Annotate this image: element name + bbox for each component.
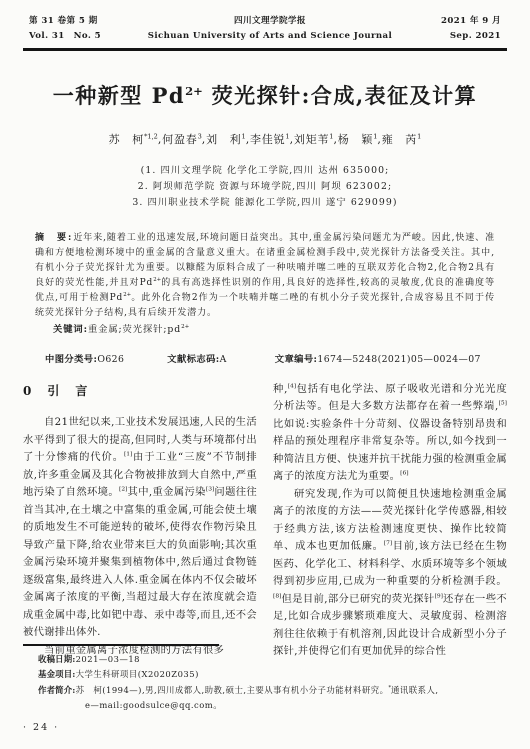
header-rule <box>23 48 507 51</box>
received-label: 收稿日期: <box>38 654 76 664</box>
keywords-text: 重金属;荧光探针;pd2+ <box>88 324 189 335</box>
fund-label: 基金项目: <box>38 669 76 679</box>
journal-name: 四川文理学院学报 Sichuan University of Arts and … <box>148 14 392 44</box>
journal-name-cn: 四川文理学院学报 <box>148 14 392 29</box>
footnote-rule <box>23 644 219 646</box>
doc-code-value: A <box>220 354 227 365</box>
article-number: 文章编号:1674—5248(2021)05—0024—07 <box>275 351 481 365</box>
abstract: 摘 要:近年来,随着工业的迅速发展,环境问题日益突出。其中,重金属污染问题尤为严… <box>35 231 495 321</box>
received-date-line: 收稿日期:2021—03—18 <box>23 652 507 668</box>
affiliation-3: 3. 四川职业技术学院 能源化工学院,四川 遂宁 629099) <box>23 195 507 211</box>
fund-line: 基金项目:大学生科研项目(X2020Z035) <box>23 667 507 683</box>
meta-line: 中图分类号:O626 文献标志码:A 文章编号:1674—5248(2021)0… <box>23 351 507 365</box>
abstract-text: 近年来,随着工业的迅速发展,环境问题日益突出。其中,重金属污染问题尤为严峻。因此… <box>35 233 495 318</box>
body-paragraph: 种,[4]包括有电化学法、原子吸收光谱和分光光度分析法等。但是大多数方法都存在着… <box>273 381 507 486</box>
left-column: 0 引 言 自21世纪以来,工业技术发展迅速,人民的生活水平得到了很大的提高,但… <box>23 381 257 661</box>
article-number-value: 1674—5248(2021)05—0024—07 <box>317 354 480 365</box>
issue-date-en: Sep. 2021 <box>392 29 501 44</box>
author-email-line: e—mail:goodsulce@qq.com。 <box>23 698 507 714</box>
author-bio-line: 作者简介:苏 柯(1994—),男,四川成都人,助教,硕士,主要从事有机小分子功… <box>23 683 507 699</box>
bio-value: 苏 柯(1994—),男,四川成都人,助教,硕士,主要从事有机小分子功能材料研究… <box>76 685 439 695</box>
fund-value: 大学生科研项目(X2020Z035) <box>76 669 199 679</box>
article-title: 一种新型 Pd2+ 荧光探针:合成,表征及计算 <box>23 83 507 109</box>
issue-en: Vol. 31 No. 5 <box>29 29 148 44</box>
doc-code: 文献标志码:A <box>167 351 226 365</box>
abstract-label: 摘 要: <box>35 233 73 243</box>
body-paragraph: 研究发现,作为可以简便且快速地检测重金属离子的浓度的方法——荧光探针化学传感器,… <box>273 486 507 661</box>
clc-value: O626 <box>97 354 124 365</box>
received-value: 2021—03—18 <box>76 654 140 664</box>
right-column: 种,[4]包括有电化学法、原子吸收光谱和分光光度分析法等。但是大多数方法都存在着… <box>273 381 507 661</box>
body-columns: 0 引 言 自21世纪以来,工业技术发展迅速,人民的生活水平得到了很大的提高,但… <box>23 381 507 661</box>
issue-date-cn: 2021 年 9 月 <box>392 14 501 29</box>
running-head: 第 31 卷第 5 期 Vol. 31 No. 5 四川文理学院学报 Sichu… <box>23 12 507 44</box>
clc-label: 中图分类号: <box>45 354 97 365</box>
issue-cn: 第 31 卷第 5 期 <box>29 14 148 29</box>
keywords-line: 关键词:重金属;荧光探针;pd2+ <box>35 322 495 338</box>
journal-name-en: Sichuan University of Arts and Science J… <box>148 29 392 44</box>
keywords-label: 关键词: <box>53 324 88 335</box>
clc-number: 中图分类号:O626 <box>45 351 124 365</box>
author-line: 苏 柯*1,2,何盈春3,刘 利1,李佳锐1,刘矩苇1,杨 颖1,雍 芮1 <box>23 131 507 147</box>
issue-date: 2021 年 9 月 Sep. 2021 <box>392 14 501 44</box>
section-heading: 0 引 言 <box>23 383 257 401</box>
article-number-label: 文章编号: <box>275 354 318 365</box>
footnote-block: 收稿日期:2021—03—18 基金项目:大学生科研项目(X2020Z035) … <box>23 644 507 714</box>
journal-page: 第 31 卷第 5 期 Vol. 31 No. 5 四川文理学院学报 Sichu… <box>0 0 530 749</box>
page-number: · 24 · <box>23 722 59 733</box>
affiliations: (1. 四川文理学院 化学化工学院,四川 达州 635000; 2. 阿坝师范学… <box>23 163 507 211</box>
bio-label: 作者简介: <box>38 685 76 695</box>
affiliation-2: 2. 阿坝师范学院 资源与环境学院,四川 阿坝 623002; <box>23 179 507 195</box>
body-paragraph: 自21世纪以来,工业技术发展迅速,人民的生活水平得到了很大的提高,但同时,人类与… <box>23 414 257 642</box>
issue-info: 第 31 卷第 5 期 Vol. 31 No. 5 <box>29 14 148 44</box>
affiliation-1: (1. 四川文理学院 化学化工学院,四川 达州 635000; <box>23 163 507 179</box>
doc-code-label: 文献标志码: <box>167 354 219 365</box>
